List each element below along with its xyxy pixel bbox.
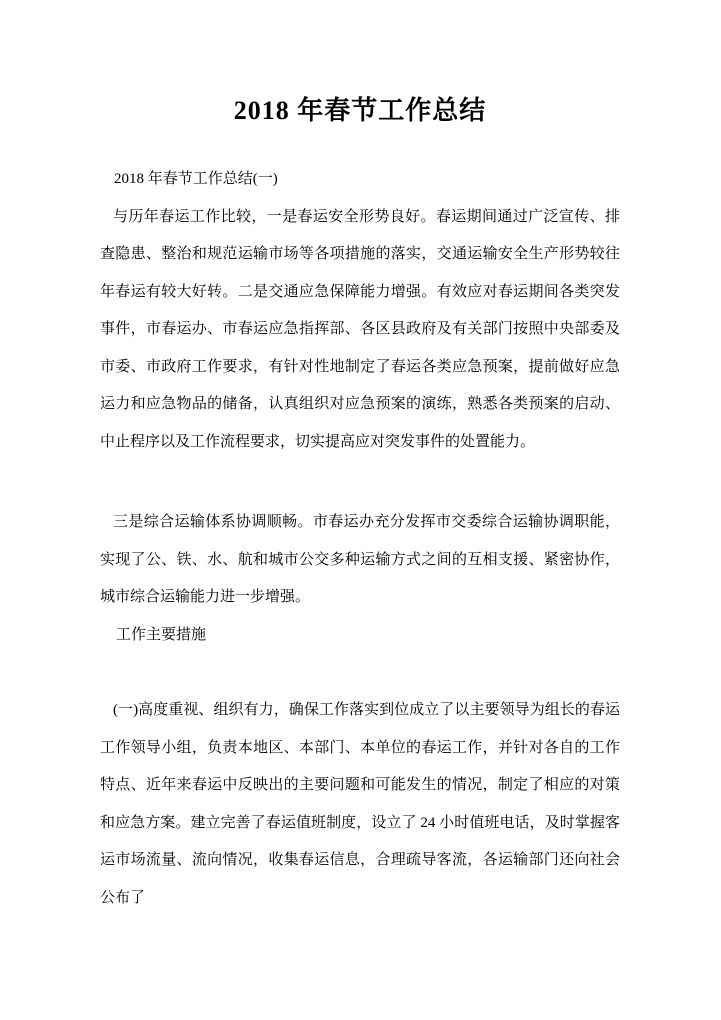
paragraph-leadership-measures: (一)高度重视、组织有力，确保工作落实到位成立了以主要领导为组长的春运工作领导小… [100,692,620,917]
document-page: 2018 年春节工作总结 2018 年春节工作总结(一) 与历年春运工作比较，一… [0,0,721,1020]
paragraph-safety-and-emergency: 与历年春运工作比较，一是春运安全形势良好。春运期间通过广泛宣传、排查隐患、整治和… [100,199,620,462]
section-heading-main-measures: 工作主要措施 [100,617,620,655]
paragraph-integrated-transport: 三是综合运输体系协调顺畅。市春运办充分发挥市交委综合运输协调职能，实现了公、铁、… [100,504,620,617]
document-subtitle: 2018 年春节工作总结(一) [100,161,620,199]
document-title: 2018 年春节工作总结 [100,0,620,131]
document-content: 2018 年春节工作总结 2018 年春节工作总结(一) 与历年春运工作比较，一… [100,0,620,917]
